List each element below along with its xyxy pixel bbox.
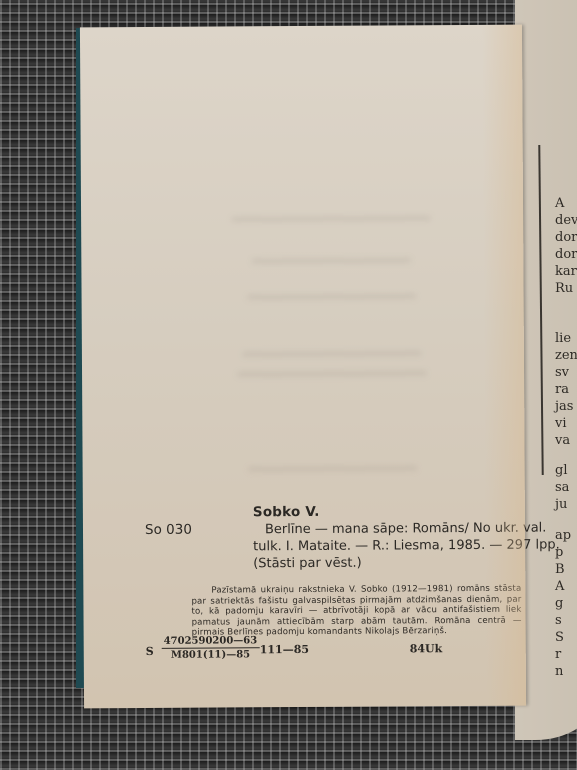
code-denominator: M801(11)—85 <box>162 648 260 661</box>
annotation-text: Pazīstamā ukraiņu rakstnieka V. Sobko (1… <box>191 584 521 639</box>
facing-page-text-fragment: n <box>555 663 563 680</box>
facing-page-text-fragment: ra <box>555 381 569 398</box>
facing-page-text-fragment: ju <box>555 496 567 513</box>
code-fraction: 4702590200—63 M801(11)—85 <box>162 635 260 661</box>
facing-page-text-fragment: zen <box>555 347 577 364</box>
publication-codes: S 4702590200—63 M801(11)—85 111—85 84Uk <box>146 634 506 666</box>
facing-page-text-fragment: sv <box>555 364 569 381</box>
code-numerator: 4702590200—63 <box>162 635 260 649</box>
facing-page-text-fragment: r <box>555 646 561 663</box>
facing-page-text-fragment: dev <box>555 212 577 229</box>
entry-line-2: tulk. I. Mataite. — R.: Liesma, 1985. — … <box>253 536 573 555</box>
series-code: 111—85 <box>260 643 309 656</box>
facing-page-text-fragment: dor <box>555 246 577 263</box>
facing-page-text-fragment: gl <box>555 462 567 479</box>
bleed-through-line <box>237 370 427 377</box>
entry-line-1: Berlīne — mana sāpe: Romāns/ No ukr. val… <box>253 519 573 538</box>
catalog-card: Sobko V. So 030 Berlīne — mana sāpe: Rom… <box>145 503 505 505</box>
facing-page-text-fragment: s <box>555 612 562 629</box>
facing-page-rule <box>538 145 543 475</box>
facing-page-text-fragment: va <box>555 432 570 449</box>
imprint-page: Sobko V. So 030 Berlīne — mana sāpe: Rom… <box>80 25 526 709</box>
facing-page-text-fragment: A <box>555 195 564 212</box>
author-heading: Sobko V. <box>253 504 320 520</box>
facing-page-text-fragment: jas <box>555 398 573 415</box>
classification-code: So 030 <box>145 522 192 538</box>
bleed-through-line <box>247 293 417 300</box>
code-prefix: S <box>146 645 154 658</box>
facing-page-text-fragment: lie <box>555 330 571 347</box>
bleed-through-line <box>248 465 418 472</box>
facing-page-text-fragment: A <box>555 578 564 595</box>
facing-page-text-fragment: sa <box>555 479 569 496</box>
bibliographic-entry: Berlīne — mana sāpe: Romāns/ No ukr. val… <box>253 519 573 572</box>
facing-page-text-fragment: Ru <box>555 280 573 297</box>
facing-page-text-fragment: S <box>555 629 564 646</box>
bleed-through-line <box>231 215 431 222</box>
bleed-through-line <box>251 257 411 264</box>
index-code: 84Uk <box>410 642 443 655</box>
entry-line-3: (Stāsti par vēst.) <box>253 553 573 572</box>
facing-page-text-fragment: vi <box>555 415 567 432</box>
bleed-through-line <box>242 350 422 357</box>
facing-page-text-fragment: dor <box>555 229 577 246</box>
facing-page-text-fragment: g <box>555 595 563 612</box>
facing-page-text-fragment: kar <box>555 263 577 280</box>
